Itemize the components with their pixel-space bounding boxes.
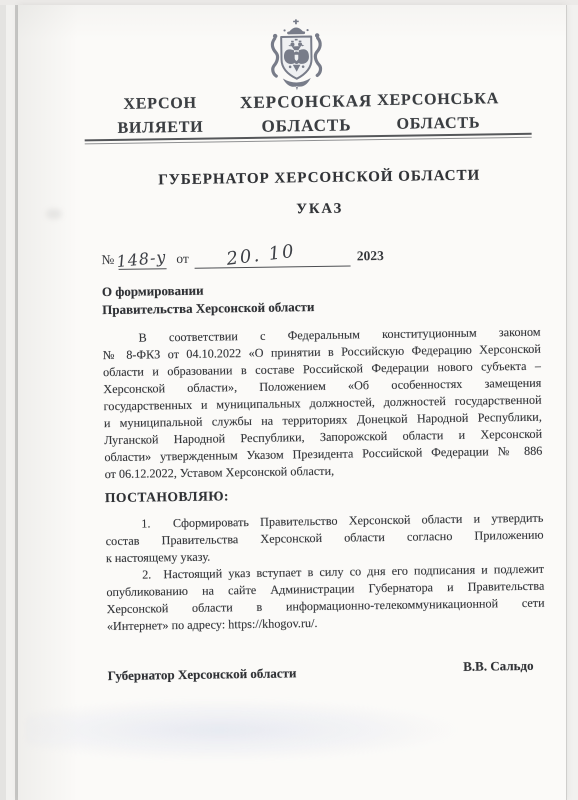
resolution-items: 1. Сформировать Правительство Херсонской… <box>105 510 545 635</box>
scan-background: ХЕРСОН ВИЛЯЕТИ ХЕРСОНСКАЯ ОБЛАСТЬ ХЕРСОН… <box>0 0 578 800</box>
resolution-heading: ПОСТАНОВЛЯЮ: <box>105 484 543 506</box>
number-and-date-line: № 148-у от 20. 10 2023 <box>101 240 539 270</box>
masthead-title-ukrainian: ХЕРСОНСЬКА ОБЛАСТЬ <box>358 87 519 137</box>
masthead-line: ХЕРСОН <box>80 91 240 117</box>
number-blank-line: 148-у <box>118 248 166 270</box>
document-content: ХЕРСОН ВИЛЯЕТИ ХЕРСОНСКАЯ ОБЛАСТЬ ХЕРСОН… <box>13 0 573 800</box>
document-type: УКАЗ <box>101 198 539 221</box>
date-label: от <box>176 251 189 269</box>
coat-of-arms-icon <box>257 19 336 92</box>
signer-name: В.В. Сальдо <box>463 658 534 675</box>
masthead-title-tatar: ХЕРСОН ВИЛЯЕТИ <box>80 91 241 141</box>
signer-position: Губернатор Херсонской области <box>108 665 297 684</box>
issuing-authority: ГУБЕРНАТОР ХЕРСОНСКОЙ ОБЛАСТИ <box>100 167 538 190</box>
masthead-line: ХЕРСОНСЬКА <box>358 87 518 113</box>
number-label: № <box>101 252 114 270</box>
document-page: ХЕРСОН ВИЛЯЕТИ ХЕРСОНСКАЯ ОБЛАСТЬ ХЕРСОН… <box>18 5 567 800</box>
handwritten-number: 148-у <box>116 247 168 271</box>
scan-edge-left <box>0 0 6 800</box>
document-body: ГУБЕРНАТОР ХЕРСОНСКОЙ ОБЛАСТИ УКАЗ № 148… <box>100 167 546 684</box>
handwritten-date: 20. 10 <box>226 241 297 270</box>
signature-block: Губернатор Херсонской области В.В. Сальд… <box>108 662 546 684</box>
year-text: 2023 <box>357 248 384 266</box>
date-blank-line: 20. 10 <box>195 245 351 268</box>
subject-heading: О формировании Правительства Херсонской … <box>102 277 540 318</box>
preamble-paragraph: В соответствии с Федеральным конституцио… <box>103 324 543 483</box>
